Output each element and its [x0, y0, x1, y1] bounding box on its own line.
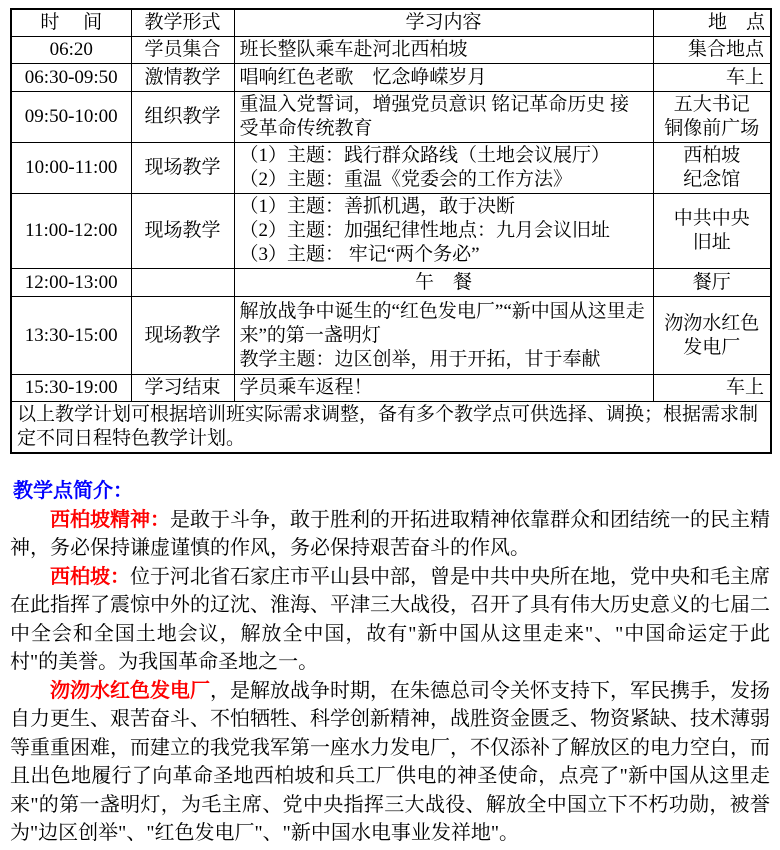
location-cell: 中共中央 旧址 [653, 194, 771, 269]
intro-heading: 教学点简介： [13, 477, 770, 506]
header-format: 教学形式 [131, 9, 234, 37]
location-line: 发电厂 [659, 336, 766, 360]
format-cell [131, 269, 234, 297]
content-line: 班长整队乘车赴河北西柏坡 [240, 38, 648, 62]
table-note: 以上教学计划可根据培训班实际需求调整，备有多个教学点可供选择、调换；根据需求制定… [11, 402, 771, 454]
content-cell: 学员乘车返程！ [234, 375, 653, 402]
location-line: 旧址 [659, 231, 766, 255]
content-cell: （1）主题：善抓机遇，敢于决断 （2）主题：加强纪律性地点：九月会议旧址 （3）… [234, 194, 653, 269]
time-cell: 11:00-12:00 [11, 194, 131, 269]
table-row: 09:50-10:00 组织教学 重温入党誓词，增强党员意识 铭记革命历史 接受… [11, 92, 771, 143]
content-line: 解放战争中诞生的“红色发电厂”“新中国从这里走来”的第一盏明灯 [240, 300, 648, 348]
time-cell: 06:20 [11, 37, 131, 64]
table-row: 06:30-09:50 激情教学 唱响红色老歌 忆念峥嵘岁月 车上 [11, 64, 771, 92]
location-cell: 餐厅 [653, 269, 771, 297]
location-line: 中共中央 [659, 207, 766, 231]
format-cell: 现场教学 [131, 297, 234, 375]
location-line: 铜像前广场 [659, 117, 766, 141]
location-cell: 西柏坡 纪念馆 [653, 143, 771, 194]
time-cell: 06:30-09:50 [11, 64, 131, 92]
format-cell: 学员集合 [131, 37, 234, 64]
content-line: （1）主题：践行群众路线（土地会议展厅） [240, 144, 648, 168]
content-line: 重温入党誓词，增强党员意识 铭记革命历史 接受革命传统教育 [240, 93, 648, 141]
time-cell: 13:30-15:00 [11, 297, 131, 375]
paragraph-label: 西柏坡： [50, 566, 130, 588]
content-line: （1）主题：善抓机遇，敢于决断 [240, 195, 648, 219]
location-line: 纪念馆 [659, 168, 766, 192]
paragraph-text: ，是解放战争时期，在朱德总司令关怀支持下，军民携手，发扬自力更生、艰苦奋斗、不怕… [10, 680, 770, 845]
table-header-row: 时 间 教学形式 学习内容 地 点 [11, 9, 771, 37]
location-cell: 沕沕水红色 发电厂 [653, 297, 771, 375]
content-cell: （1）主题：践行群众路线（土地会议展厅） （2）主题：重温《党委会的工作方法》 [234, 143, 653, 194]
content-line: 学员乘车返程！ [240, 376, 648, 400]
content-line: （2）主题：加强纪律性地点：九月会议旧址 [240, 219, 648, 243]
intro-paragraph-xibaipo: 西柏坡：位于河北省石家庄市平山县中部，曾是中共中央所在地，党中央和毛主席在此指挥… [10, 563, 770, 677]
table-row: 10:00-11:00 现场教学 （1）主题：践行群众路线（土地会议展厅） （2… [11, 143, 771, 194]
time-cell: 10:00-11:00 [11, 143, 131, 194]
table-note-row: 以上教学计划可根据培训班实际需求调整，备有多个教学点可供选择、调换；根据需求制定… [11, 402, 771, 454]
format-cell: 现场教学 [131, 194, 234, 269]
location-line: 餐厅 [659, 271, 766, 295]
format-cell: 学习结束 [131, 375, 234, 402]
header-content: 学习内容 [234, 9, 653, 37]
header-time: 时 间 [11, 9, 131, 37]
location-line: 车上 [659, 376, 765, 400]
time-cell: 15:30-19:00 [11, 375, 131, 402]
paragraph-label: 西柏坡精神： [50, 509, 170, 531]
content-line: （3）主题： 牢记“两个务必” [240, 243, 648, 267]
format-cell: 组织教学 [131, 92, 234, 143]
location-cell: 车上 [653, 64, 771, 92]
location-line: 车上 [659, 66, 765, 90]
location-cell: 车上 [653, 375, 771, 402]
content-cell: 午 餐 [234, 269, 653, 297]
location-line: 西柏坡 [659, 144, 766, 168]
content-line: （2）主题：重温《党委会的工作方法》 [240, 168, 648, 192]
intro-paragraph-powerplant: 沕沕水红色发电厂，是解放战争时期，在朱德总司令关怀支持下，军民携手，发扬自力更生… [10, 677, 770, 848]
content-cell: 解放战争中诞生的“红色发电厂”“新中国从这里走来”的第一盏明灯 教学主题：边区创… [234, 297, 653, 375]
intro-paragraph-xibaipo-spirit: 西柏坡精神：是敢于斗争，敢于胜利的开拓进取精神依靠群众和团结统一的民主精神，务必… [10, 506, 770, 563]
table-row: 15:30-19:00 学习结束 学员乘车返程！ 车上 [11, 375, 771, 402]
location-line: 沕沕水红色 [659, 312, 766, 336]
location-cell: 集合地点 [653, 37, 771, 64]
table-row: 12:00-13:00 午 餐 餐厅 [11, 269, 771, 297]
content-line: 唱响红色老歌 忆念峥嵘岁月 [240, 66, 648, 90]
content-line: 教学主题：边区创举，用于开拓，甘于奉献 [240, 348, 648, 372]
location-line: 集合地点 [659, 38, 765, 62]
header-location: 地 点 [653, 9, 771, 37]
content-cell: 唱响红色老歌 忆念峥嵘岁月 [234, 64, 653, 92]
content-cell: 重温入党誓词，增强党员意识 铭记革命历史 接受革命传统教育 [234, 92, 653, 143]
schedule-document: 时 间 教学形式 学习内容 地 点 06:20 学员集合 班长整队乘车赴河北西柏… [0, 0, 780, 850]
format-cell: 激情教学 [131, 64, 234, 92]
format-cell: 现场教学 [131, 143, 234, 194]
content-cell: 班长整队乘车赴河北西柏坡 [234, 37, 653, 64]
schedule-table: 时 间 教学形式 学习内容 地 点 06:20 学员集合 班长整队乘车赴河北西柏… [10, 8, 772, 454]
time-cell: 09:50-10:00 [11, 92, 131, 143]
intro-section: 教学点简介： 西柏坡精神：是敢于斗争，敢于胜利的开拓进取精神依靠群众和团结统一的… [10, 477, 770, 848]
table-row: 11:00-12:00 现场教学 （1）主题：善抓机遇，敢于决断 （2）主题：加… [11, 194, 771, 269]
content-line: 午 餐 [240, 271, 648, 295]
location-cell: 五大书记 铜像前广场 [653, 92, 771, 143]
table-row: 06:20 学员集合 班长整队乘车赴河北西柏坡 集合地点 [11, 37, 771, 64]
paragraph-label: 沕沕水红色发电厂 [50, 680, 210, 702]
table-row: 13:30-15:00 现场教学 解放战争中诞生的“红色发电厂”“新中国从这里走… [11, 297, 771, 375]
time-cell: 12:00-13:00 [11, 269, 131, 297]
location-line: 五大书记 [659, 93, 766, 117]
